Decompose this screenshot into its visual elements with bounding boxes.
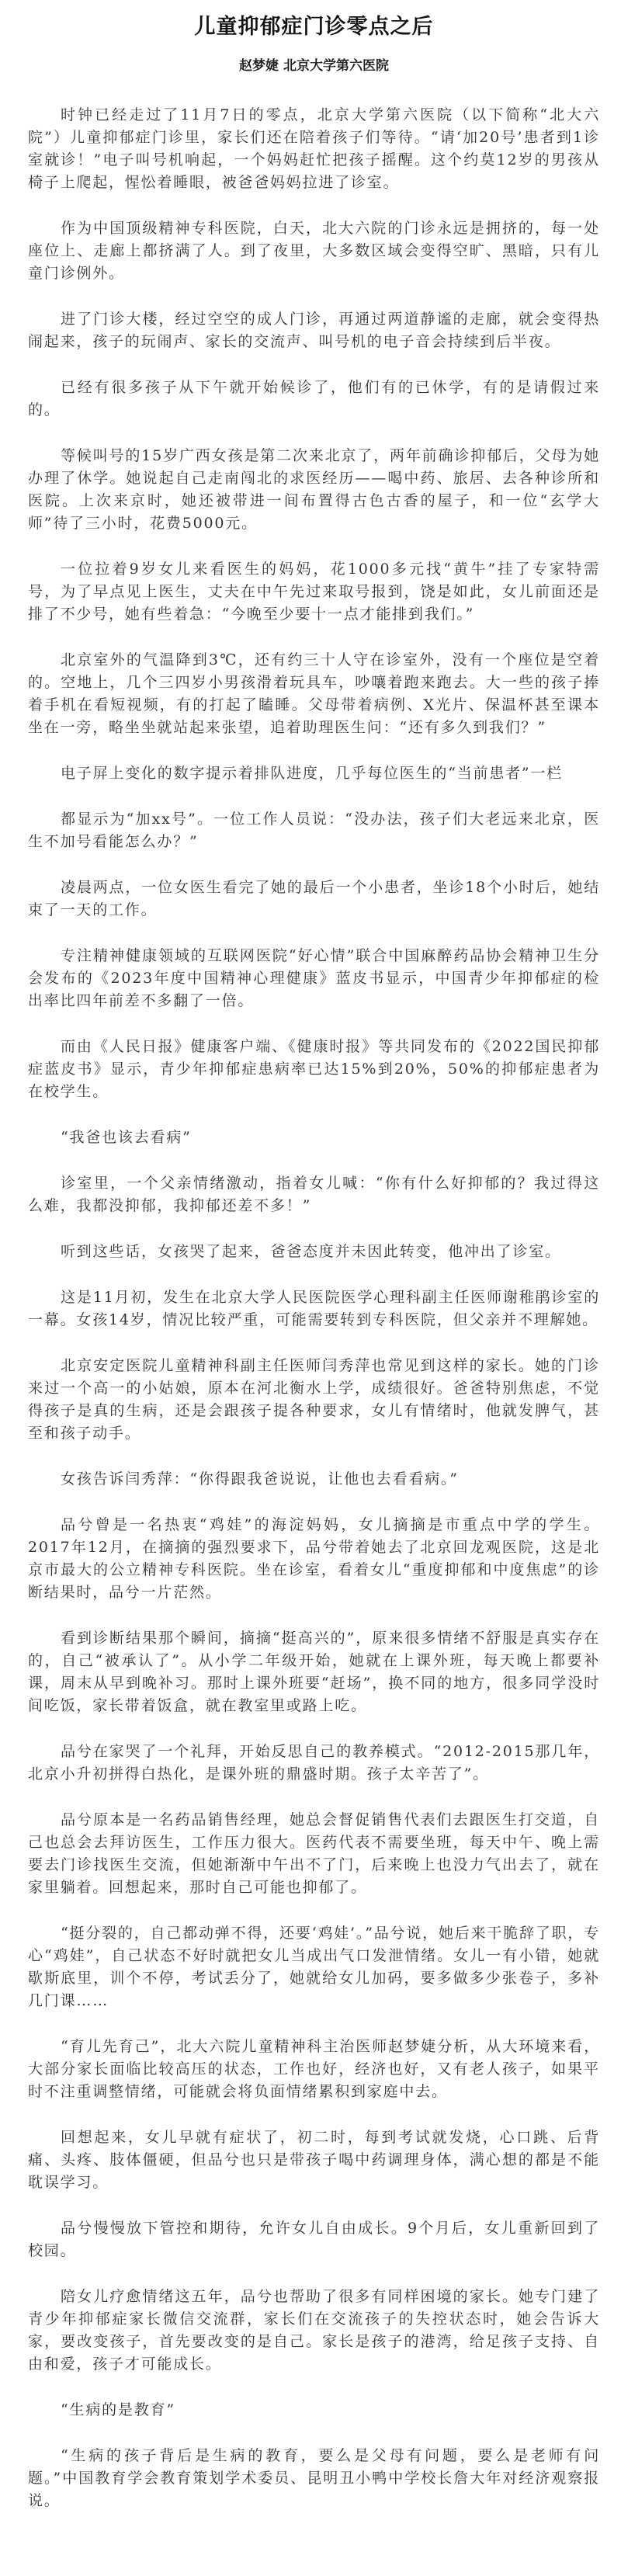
article-body: 时钟已经走过了11月7日的零点，北京大学第六医院（以下简称“北大六院”）儿童抑郁…	[28, 75, 600, 2512]
paragraph: 这是11月初，发生在北京大学人民医院医学心理科副主任医师谢稚鹃诊室的一幕。女孩1…	[28, 1286, 600, 1331]
paragraph: 电子屏上变化的数字提示着排队进度，几乎每位医生的“当前患者”一栏	[28, 762, 600, 785]
paragraph: 品兮原本是一名药品销售经理，她总会督促销售代表们去跟医生打交道，自己也总会去拜访…	[28, 1809, 600, 1899]
paragraph: 回想起来，女儿早就有症状了，初二时，每到考试就发烧，心口跳、后背痛、头疼、肢体僵…	[28, 2126, 600, 2194]
paragraph: “挺分裂的，自己都动弹不得，还要‘鸡娃’。”品兮说，她后来干脆辞了职，专心“鸡娃…	[28, 1922, 600, 2012]
paragraph: 都显示为“加xx号”。一位工作人员说：“没办法，孩子们大老远来北京，医生不加号看…	[28, 808, 600, 853]
paragraph: 已经有很多孩子从下午就开始候诊了，他们有的已休学，有的是请假过来的。	[28, 377, 600, 422]
paragraph: 品兮曾是一名热衷“鸡娃”的海淀妈妈，女儿摘摘是市重点中学的学生。2017年12月…	[28, 1514, 600, 1604]
article-page: 儿童抑郁症门诊零点之后 赵梦婕 北京大学第六医院 时钟已经走过了11月7日的零点…	[0, 0, 621, 2512]
paragraph: 诊室里，一个父亲情绪激动，指着女儿喊：“你有什么好抑郁的？我过得这么难，我都没抑…	[28, 1172, 600, 1217]
paragraph: “生病的孩子背后是生病的教育，要么是父母有问题，要么是老师有问题。”中国教育学会…	[28, 2445, 600, 2512]
paragraph: 作为中国顶级精神专科医院，白天，北大六院的门诊永远是拥挤的，每一处座位上、走廊上…	[28, 217, 600, 285]
paragraph: 品兮慢慢放下管控和期待，允许女儿自由成长。9个月后，女儿重新回到了校园。	[28, 2217, 600, 2262]
paragraph: 而由《人民日报》健康客户端、《健康时报》等共同发布的《2022国民抑郁症蓝皮书》…	[28, 1036, 600, 1103]
paragraph: 进了门诊大楼，经过空空的成人门诊，再通过两道静谧的走廊，就会变得热闹起来，孩子的…	[28, 308, 600, 353]
section-subheading: “生病的是教育”	[28, 2399, 600, 2422]
paragraph: 北京室外的气温降到3℃，还有约三十人守在诊室外，没有一个座位是空着的。空地上，几…	[28, 649, 600, 739]
paragraph: 北京安定医院儿童精神科副主任医师闫秀萍也常见到这样的家长。她的门诊来过一个高一的…	[28, 1355, 600, 1445]
paragraph: 一位拉着9岁女儿来看医生的妈妈，花1000多元找“黄牛”挂了专家特需号，为了早点…	[28, 558, 600, 626]
article-title: 儿童抑郁症门诊零点之后	[28, 0, 600, 40]
paragraph: 听到这些话，女孩哭了起来，爸爸态度并未因此转变，他冲出了诊室。	[28, 1241, 600, 1263]
paragraph: 女孩告诉闫秀萍：“你得跟我爸说说，让他也去看看病。”	[28, 1468, 600, 1491]
section-subheading: “我爸也该去看病”	[28, 1127, 600, 1149]
paragraph: 专注精神健康领域的互联网医院“好心情”联合中国麻醉药品协会精神卫生分会发布的《2…	[28, 945, 600, 1012]
paragraph: 时钟已经走过了11月7日的零点，北京大学第六医院（以下简称“北大六院”）儿童抑郁…	[28, 104, 600, 194]
paragraph: 看到诊断结果那个瞬间，摘摘“挺高兴的”，原来很多情绪不舒服是真实存在的，自己“被…	[28, 1627, 600, 1717]
paragraph: 陪女儿疗愈情绪这五年，品兮也帮助了很多有同样困境的家长。她专门建了青少年抑郁症家…	[28, 2286, 600, 2376]
paragraph: “育儿先育己”，北大六院儿童精神科主治医师赵梦婕分析，从大环境来看，大部分家长面…	[28, 2036, 600, 2103]
paragraph: 品兮在家哭了一个礼拜，开始反思自己的教养模式。“2012-2015那几年，北京小…	[28, 1741, 600, 1786]
paragraph: 等候叫号的15岁广西女孩是第二次来北京了，两年前确诊抑郁后，父母为她办理了休学。…	[28, 445, 600, 535]
article-byline: 赵梦婕 北京大学第六医院	[28, 40, 600, 75]
paragraph: 凌晨两点，一位女医生看完了她的最后一个小患者，坐诊18个小时后，她结束了一天的工…	[28, 877, 600, 922]
